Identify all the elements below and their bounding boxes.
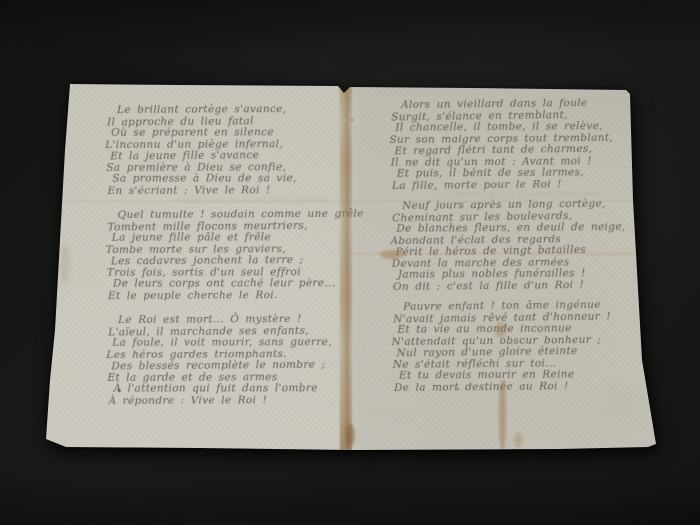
ink-speck	[351, 119, 353, 121]
ink-speck	[457, 388, 459, 390]
sheet-shadow: cortège s'avance du lieu fatal vieillard…	[0, 0, 700, 525]
foxing-stain	[514, 432, 522, 448]
embossed-seal-impression	[590, 382, 650, 440]
stanza: Quel tumulte ! soudain comme une grêle T…	[109, 209, 356, 302]
center-fold-crease	[340, 84, 352, 451]
foxing-stain	[380, 250, 404, 259]
verse-line: En s'écriant : Vive le Roi !	[107, 184, 353, 197]
foxing-stain	[60, 244, 70, 284]
verse-line: La fille, morte pour le Roi !	[392, 178, 621, 192]
photo-backdrop: cortège s'avance du lieu fatal vieillard…	[0, 0, 700, 525]
stanza: Neuf jours après un long cortège, Chemin…	[393, 199, 623, 293]
verse-line: De la mort destinée au Roi !	[394, 380, 623, 394]
ink-speck	[118, 389, 121, 392]
stanza: Le Roi est mort... Ô mystère ! L'aïeul, …	[109, 314, 356, 407]
verse-line: On dit : c'est la fille d'un Roi !	[393, 279, 622, 293]
verse-line: À répondre : Vive le Roi !	[109, 394, 355, 407]
left-page: Le brillant cortège s'avance, Il approch…	[108, 104, 356, 420]
foxing-stain	[499, 380, 506, 450]
stanza: Alors un vieillard dans la foule Surgit,…	[392, 98, 622, 192]
foxing-stain	[345, 424, 355, 446]
stanza: Pauvre enfant ! ton âme ingénue N'avait …	[394, 300, 624, 394]
right-page: Alors un vieillard dans la foule Surgit,…	[392, 98, 624, 403]
verse-line: Et le peuple cherche le Roi.	[108, 289, 354, 302]
stanza: Le brillant cortège s'avance, Il approch…	[108, 104, 355, 197]
foxing-stain	[495, 322, 507, 338]
manuscript-sheet: cortège s'avance du lieu fatal vieillard…	[0, 0, 700, 525]
